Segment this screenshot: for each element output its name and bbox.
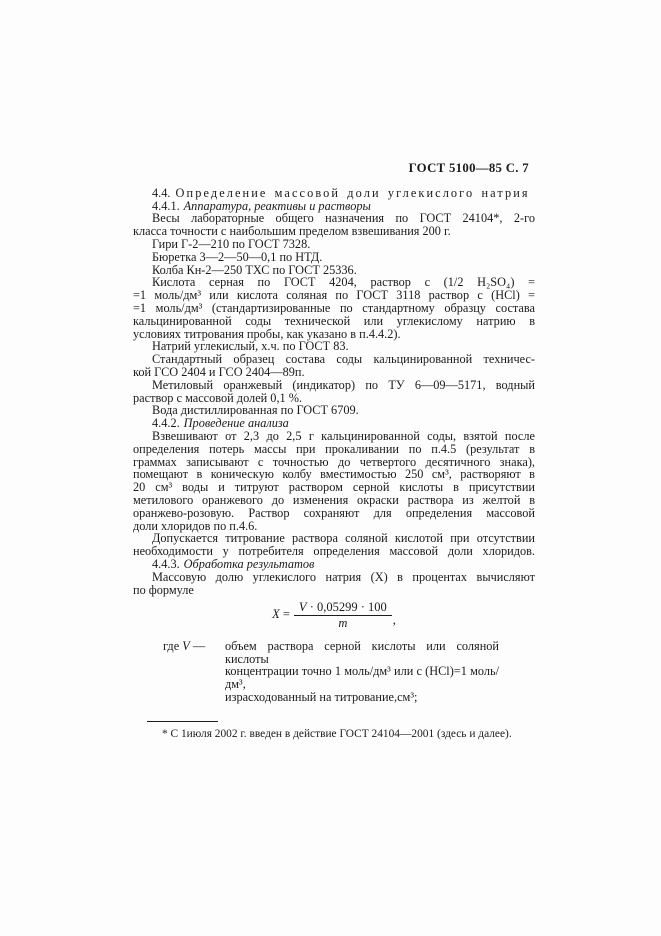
section-title: Обработка результатов bbox=[184, 557, 315, 571]
running-header: ГОСТ 5100—85 С. 7 bbox=[133, 162, 535, 175]
text-line: кой ГСО 2404 и ГСО 2404—89п. bbox=[133, 366, 535, 379]
text-line: по формуле bbox=[133, 584, 535, 597]
equals-sign: = bbox=[283, 607, 290, 621]
denominator: m bbox=[294, 616, 392, 630]
text-line: Бюретка 3—2—50—0,1 по НТД. bbox=[133, 251, 535, 264]
formula-trailing-comma: , bbox=[393, 614, 396, 627]
where-label: где V — bbox=[163, 640, 205, 653]
where-dash: — bbox=[193, 639, 205, 653]
footnote-text: * С 1июля 2002 г. введен в действие ГОСТ… bbox=[133, 728, 535, 741]
text-line: определения потерь массы при прокаливани… bbox=[133, 443, 535, 456]
variable-v: V bbox=[299, 600, 307, 614]
paragraph-lines-apparatus: Весы лабораторные общего назначения по Г… bbox=[133, 212, 535, 417]
text-line: кальцинированной соды технической или уг… bbox=[133, 315, 535, 328]
text-line: объем раствора серной кислоты или соляно… bbox=[225, 640, 499, 666]
section-number: 4.4.3. bbox=[152, 557, 180, 571]
footnote-rule bbox=[147, 721, 218, 722]
where-clause: где V — объем раствора серной кислоты ил… bbox=[133, 640, 535, 704]
footnote: * С 1июля 2002 г. введен в действие ГОСТ… bbox=[133, 721, 535, 741]
text-line: метилового оранжевого до изменения окрас… bbox=[133, 494, 535, 507]
text-line: 20 см³ воды и титруют раствором серной к… bbox=[133, 481, 535, 494]
variable-v: V bbox=[182, 639, 190, 653]
where-description: объем раствора серной кислоты или соляно… bbox=[225, 640, 499, 704]
text-line: оранжево-розовую. Раствор сохраняют для … bbox=[133, 507, 535, 520]
text-line: израсходованный на титрование,см³; bbox=[225, 691, 499, 704]
paragraph-lines-results: Массовую долю углекислого натрия (X) в п… bbox=[133, 571, 535, 597]
text-line: концентрации точно 1 моль/дм³ или с (HCl… bbox=[225, 665, 499, 691]
text-line: Взвешивают от 2,3 до 2,5 г кальцинирован… bbox=[133, 430, 535, 443]
numerator-constants: · 0,05299 · 100 bbox=[310, 600, 387, 614]
page-content: ГОСТ 5100—85 С. 7 4.4. Определение массо… bbox=[133, 162, 535, 741]
paragraph-lines-procedure: Взвешивают от 2,3 до 2,5 г кальцинирован… bbox=[133, 430, 535, 558]
where-word: где bbox=[163, 639, 179, 653]
document-page: ГОСТ 5100—85 С. 7 4.4. Определение массо… bbox=[0, 0, 661, 936]
text-line: =1 моль/дм³ (стандартизированные по стан… bbox=[133, 302, 535, 315]
numerator: V · 0,05299 · 100 bbox=[294, 601, 392, 616]
text-line: Массовую долю углекислого натрия (X) в п… bbox=[133, 571, 535, 584]
variable-x: X bbox=[272, 607, 280, 621]
formula-lhs: X = bbox=[272, 607, 290, 621]
fraction: V · 0,05299 · 100m bbox=[294, 601, 392, 630]
section-heading-4-4-3: 4.4.3.Обработка результатов bbox=[133, 558, 535, 571]
formula: X =V · 0,05299 · 100m, bbox=[133, 601, 535, 630]
text-line: Гири Г-2—210 по ГОСТ 7328. bbox=[133, 238, 535, 251]
text-line: Метиловый оранжевый (индикатор) по ТУ 6—… bbox=[133, 379, 535, 392]
section-number: 4.4. bbox=[152, 186, 170, 200]
